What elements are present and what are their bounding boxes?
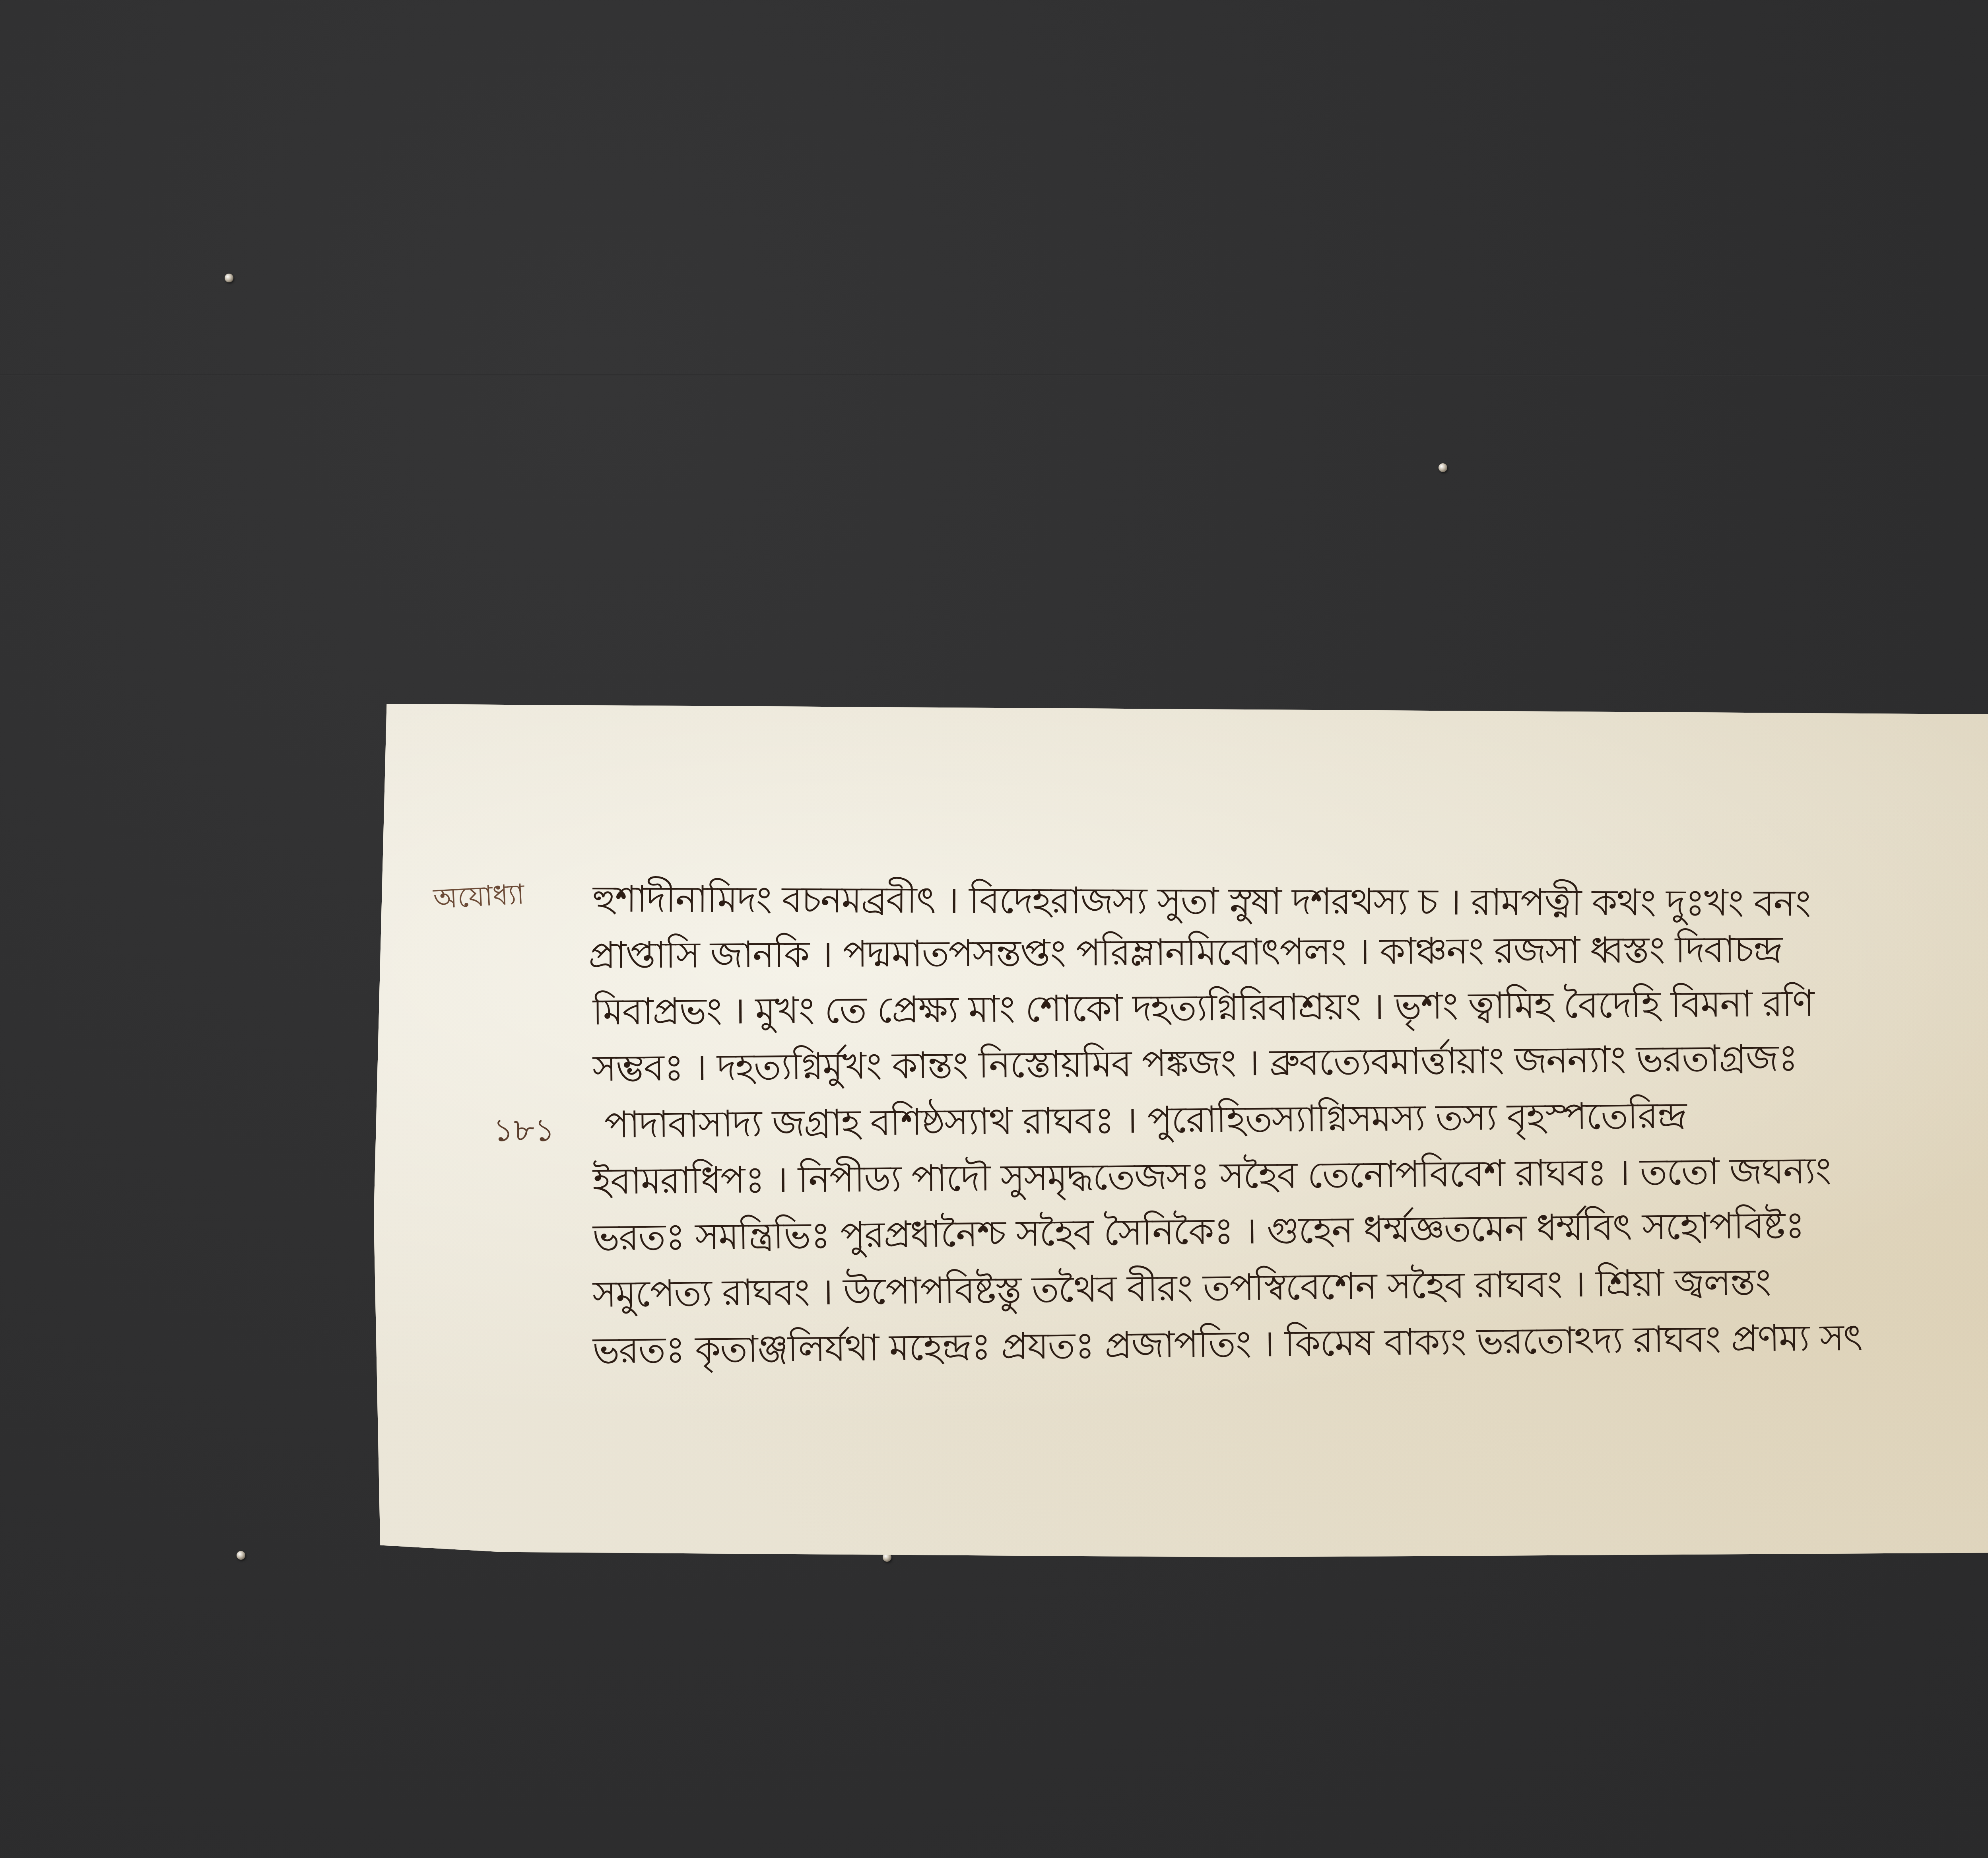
mount-board-fold [0,374,1988,376]
manuscript-text-block: হুশাদীনামিদং বচনমব্রবীৎ । বিদেহরাজস্য সু… [592,871,1988,1379]
mounting-pin [1439,463,1447,472]
mounting-pin [237,1551,245,1560]
margin-folio-number-left: ১৮১ [493,1106,555,1159]
manuscript-folio: অযোধ্যা ১৮১ ৩৬ ২ হুশাদীনামিদং বচনমব্রবীৎ… [374,704,1988,1559]
mounting-pin [225,274,233,282]
margin-section-title: অযোধ্যা [432,873,526,924]
text-line: প্রাপ্তাসি জানকি । পদ্মমাতপসন্তপ্তং পরিম… [588,919,1988,984]
